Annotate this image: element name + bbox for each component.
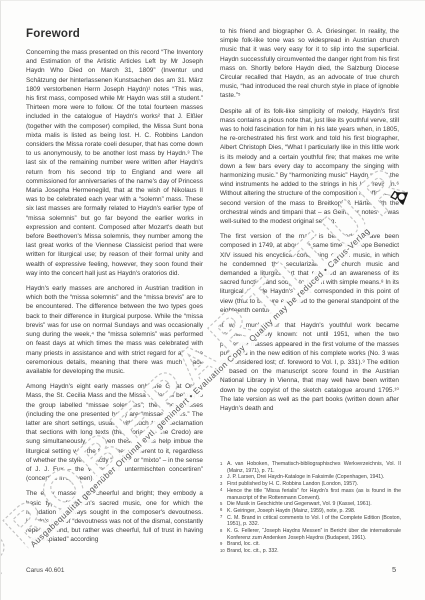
carus-verlag-logo-icon — [388, 186, 411, 209]
footnote: 4 Hence the title “Missa ferialis” for H… — [220, 488, 401, 501]
footnote-text: K. Geiringer, Joseph Haydn (Mainz, 1959)… — [227, 508, 401, 515]
footnote-text: C. M. Brand in critical comments to Vol.… — [227, 515, 401, 528]
page-title: Foreword — [26, 28, 80, 40]
footnote-number: 9 — [220, 541, 227, 548]
left-text-column: Concerning the mass presented on this re… — [26, 48, 203, 551]
footnote: 6 K. Geiringer, Joseph Haydn (Mainz, 195… — [220, 508, 401, 515]
footnote-text: A. van Hoboken, Thematisch-bibliographis… — [227, 461, 401, 474]
right-text-column: to his friend and biographer G. A. Gries… — [220, 27, 399, 419]
footnote-text: Die Musik in Geschichte und Gegenwart, V… — [227, 501, 401, 508]
paragraph: Among Haydn's eight early masses only th… — [26, 382, 203, 483]
paragraph: The early masses are cheerful and bright… — [26, 489, 203, 544]
footnote-number: 1 — [220, 461, 227, 474]
catalog-number: Carus 40.601 — [26, 567, 64, 574]
footnote: 7 C. M. Brand in critical comments to Vo… — [220, 515, 401, 528]
footnote: 5 Die Musik in Geschichte und Gegenwart,… — [220, 501, 401, 508]
paragraph: The first version of the mass is believe… — [220, 232, 399, 315]
paragraph: to his friend and biographer G. A. Gries… — [220, 27, 399, 101]
footnote: 10 Brand, loc. cit., p. 332. — [220, 548, 401, 555]
footnote-number: 7 — [220, 514, 227, 527]
paragraph: Haydn's early masses are anchored in Aus… — [26, 284, 203, 376]
footnote: 1 A. van Hoboken, Thematisch-bibliograph… — [220, 461, 401, 474]
footnote-text: K. G. Fellerer, “Joseph Haydns Messen” i… — [227, 528, 401, 541]
paragraph: It was much later that Haydn's youthful … — [220, 321, 399, 413]
footnotes-block: 1 A. van Hoboken, Thematisch-bibliograph… — [220, 461, 401, 555]
footnote-number: 10 — [220, 548, 227, 555]
footnote-text: Brand, loc. cit., p. 332. — [227, 548, 401, 555]
scanned-foreword-page: Foreword Concerning the mass presented o… — [0, 0, 425, 600]
footnote-number: 3 — [220, 481, 227, 488]
footnote-number: 6 — [220, 507, 227, 514]
footnote-text: J. P. Larsen, Drei Haydn-Kataloge in Fak… — [227, 474, 401, 481]
footnote: 2 J. P. Larsen, Drei Haydn-Kataloge in F… — [220, 474, 401, 481]
footnote-text: Brand, loc. cit. — [227, 541, 401, 548]
footnote-text: First published by H. C. Robbins Landon … — [227, 481, 401, 488]
footnote-number: 2 — [220, 474, 227, 481]
footnote: 8 K. G. Fellerer, “Joseph Haydns Messen”… — [220, 528, 401, 541]
footnote: 9 Brand, loc. cit. — [220, 541, 401, 548]
footnote-number: 4 — [220, 487, 227, 500]
footnote-number: 8 — [220, 528, 227, 541]
footnote-text: Hence the title “Missa ferialis” for Hay… — [227, 488, 401, 501]
footnote-number: 5 — [220, 501, 227, 508]
paragraph: Concerning the mass presented on this re… — [26, 48, 203, 278]
page-number: 5 — [392, 565, 396, 574]
footnote: 3 First published by H. C. Robbins Lando… — [220, 481, 401, 488]
paragraph: Despite all of its folk-like simplicity … — [220, 107, 399, 227]
